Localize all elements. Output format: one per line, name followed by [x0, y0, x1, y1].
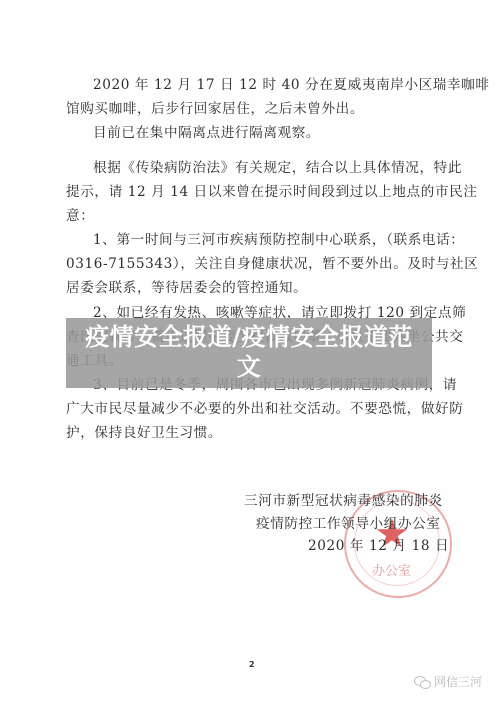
wechat-icon	[414, 676, 430, 688]
watermark-label: 网信三河	[434, 673, 482, 690]
body-line: 居委会联系，等待居委会的管控通知。	[66, 279, 436, 297]
body-line: 提示，请 12 月 14 日以来曾在提示时间段到过以上地点的市民注	[66, 183, 436, 201]
body-line: 护，保持良好卫生习惯。	[66, 424, 436, 442]
page-number: 2	[249, 660, 255, 669]
banner-title: 疫情安全报道/疫情安全报道范文	[76, 322, 422, 382]
signature-org-line1: 三河市新型冠状病毒感染的肺炎	[244, 492, 443, 510]
body-line: 广大市民尽量减少不必要的外出和社交活动。不要恐慌，做好防	[66, 400, 436, 418]
signature-date: 2020 年 12 月 18 日	[308, 537, 449, 555]
body-line: 意：	[66, 207, 436, 225]
body-line: 馆购买咖啡，后步行回家居住，之后未曾外出。	[66, 100, 436, 118]
title-banner: 疫情安全报道/疫情安全报道范文	[66, 318, 432, 388]
source-watermark: 网信三河	[414, 673, 482, 690]
body-line: 2020 年 12 月 17 日 12 时 40 分在夏威夷南岸小区瑞幸咖啡	[66, 76, 463, 94]
signature-org-line2: 疫情防控工作领导小组办公室	[256, 515, 441, 533]
body-line: 目前已在集中隔离点进行隔离观察。	[66, 124, 463, 142]
body-line: 1、第一时间与三河市疾病预防控制中心联系，（联系电话：	[66, 231, 463, 249]
stamp-label: 办公室	[372, 560, 411, 579]
body-line: 0316-7155343），关注自身健康状况，暂不要外出。及时与社区	[66, 255, 436, 273]
body-line: 根据《传染病防治法》有关规定，结合以上具体情况，特此	[66, 159, 463, 177]
